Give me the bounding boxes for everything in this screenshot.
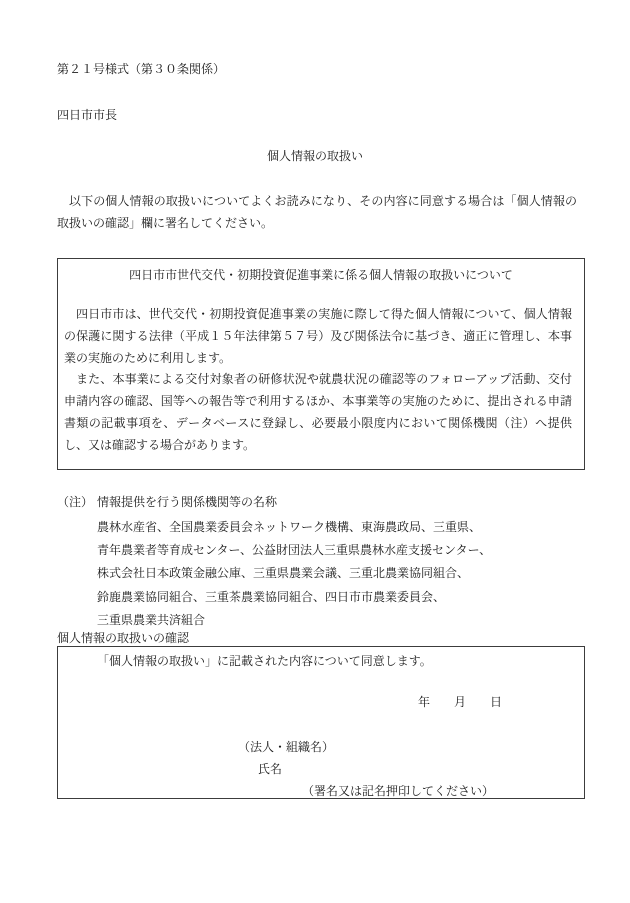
note-organizations: 農林水産省、全国農業委員会ネットワーク機構、東海農政局、三重県、青年農業者等育成… [97, 516, 491, 632]
organization-line: 鈴鹿農業協同組合、三重茶農業協同組合、四日市市農業委員会、 [97, 586, 491, 609]
notice-paragraph: また、本事業による交付対象者の研修状況や就農状況の確認等のフォローアップ活動、交… [64, 369, 572, 456]
document-page: 第２１号様式（第３０条関係） 四日市市長 個人情報の取扱い 以下の個人情報の取扱… [0, 0, 630, 903]
signature-note: （署名又は記名押印してください） [302, 784, 494, 798]
notice-paragraph: 四日市市は、世代交代・初期投資促進事業の実施に際して得た個人情報について、個人情… [64, 304, 572, 369]
intro-paragraph: 以下の個人情報の取扱いについてよくお読みになり、その内容に同意する場合は「個人情… [57, 191, 577, 234]
note-label: （注） [57, 495, 93, 509]
organization-line: 三重県農業共済組合 [97, 609, 491, 632]
note-heading: 情報提供を行う関係機関等の名称 [97, 495, 277, 509]
form-number: 第２１号様式（第３０条関係） [57, 62, 225, 76]
corporation-name-label: （法人・組織名） [238, 740, 334, 754]
notice-box: 四日市市世代交代・初期投資促進事業に係る個人情報の取扱いについて 四日市市は、世… [57, 258, 585, 470]
organization-line: 青年農業者等育成センター、公益財団法人三重県農林水産支援センター、 [97, 539, 491, 562]
name-label: 氏名 [258, 762, 282, 776]
confirmation-box: 「個人情報の取扱い」に記載された内容について同意します。 年 月 日 （法人・組… [57, 646, 585, 799]
organization-line: 農林水産省、全国農業委員会ネットワーク機構、東海農政局、三重県、 [97, 516, 491, 539]
notice-box-title: 四日市市世代交代・初期投資促進事業に係る個人情報の取扱いについて [58, 266, 584, 283]
page-title: 個人情報の取扱い [0, 149, 630, 163]
confirmation-label: 個人情報の取扱いの確認 [57, 631, 189, 645]
consent-statement: 「個人情報の取扱い」に記載された内容について同意します。 [97, 654, 432, 668]
notice-box-body: 四日市市は、世代交代・初期投資促進事業の実施に際して得た個人情報について、個人情… [64, 304, 572, 457]
addressee: 四日市市長 [57, 108, 117, 122]
organization-line: 株式会社日本政策金融公庫、三重県農業会議、三重北農業協同組合、 [97, 562, 491, 585]
date-line: 年 月 日 [418, 695, 502, 709]
